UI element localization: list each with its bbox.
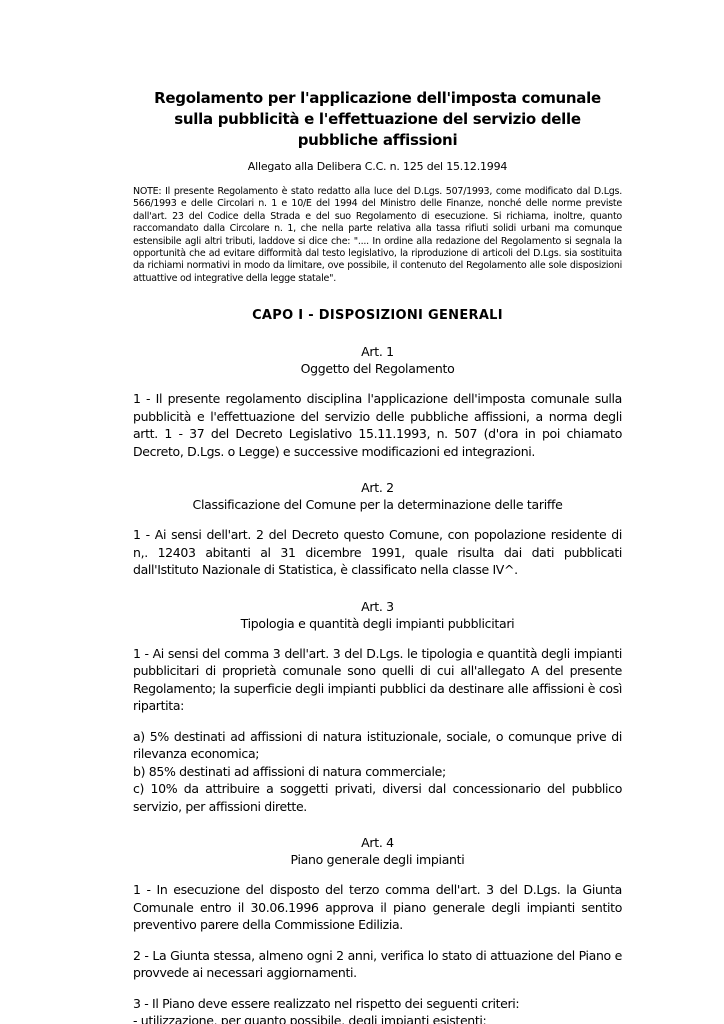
- article-title: Tipologia e quantità degli impianti pubb…: [133, 615, 622, 632]
- article-title: Classificazione del Comune per la determ…: [133, 496, 622, 513]
- article-number: Art. 3: [133, 598, 622, 615]
- article-1-header: Art. 1 Oggetto del Regolamento: [133, 343, 622, 377]
- article-number: Art. 1: [133, 343, 622, 360]
- document-subtitle: Allegato alla Delibera C.C. n. 125 del 1…: [133, 160, 622, 173]
- document-title: Regolamento per l'applicazione dell'impo…: [133, 88, 622, 151]
- article-title: Oggetto del Regolamento: [133, 360, 622, 377]
- article-4-paragraph-3: 3 - Il Piano deve essere realizzato nel …: [133, 995, 622, 1024]
- article-4-paragraph-2: 2 - La Giunta stessa, almeno ogni 2 anni…: [133, 947, 622, 982]
- article-number: Art. 2: [133, 479, 622, 496]
- list-item-c: c) 10% da attribuire a soggetti privati,…: [133, 780, 622, 815]
- paragraph-text: 2 - La Giunta stessa, almeno ogni 2 anni…: [133, 947, 622, 982]
- article-2-header: Art. 2 Classificazione del Comune per la…: [133, 479, 622, 513]
- article-2-paragraph-1: 1 - Ai sensi dell'art. 2 del Decreto que…: [133, 526, 622, 579]
- document-page: Regolamento per l'applicazione dell'impo…: [0, 0, 724, 1024]
- article-4-paragraph-1: 1 - In esecuzione del disposto del terzo…: [133, 881, 622, 934]
- article-3-header: Art. 3 Tipologia e quantità degli impian…: [133, 598, 622, 632]
- paragraph-text: 3 - Il Piano deve essere realizzato nel …: [133, 995, 622, 1013]
- paragraph-text: 1 - Il presente regolamento disciplina l…: [133, 390, 622, 460]
- chapter-heading: CAPO I - DISPOSIZIONI GENERALI: [133, 307, 622, 324]
- article-number: Art. 4: [133, 834, 622, 851]
- criteria-item: - utilizzazione, per quanto possibile, d…: [133, 1012, 622, 1024]
- article-1-paragraph-1: 1 - Il presente regolamento disciplina l…: [133, 390, 622, 460]
- list-item-a: a) 5% destinati ad affissioni di natura …: [133, 728, 622, 763]
- list-item-b: b) 85% destinati ad affissioni di natura…: [133, 763, 622, 781]
- article-3-list: a) 5% destinati ad affissioni di natura …: [133, 728, 622, 816]
- paragraph-text: 1 - In esecuzione del disposto del terzo…: [133, 881, 622, 934]
- paragraph-text: 1 - Ai sensi del comma 3 dell'art. 3 del…: [133, 645, 622, 715]
- article-3-paragraph-1: 1 - Ai sensi del comma 3 dell'art. 3 del…: [133, 645, 622, 715]
- article-4-header: Art. 4 Piano generale degli impianti: [133, 834, 622, 868]
- article-title: Piano generale degli impianti: [133, 851, 622, 868]
- paragraph-text: 1 - Ai sensi dell'art. 2 del Decreto que…: [133, 526, 622, 579]
- note-paragraph: NOTE: Il presente Regolamento è stato re…: [133, 186, 622, 285]
